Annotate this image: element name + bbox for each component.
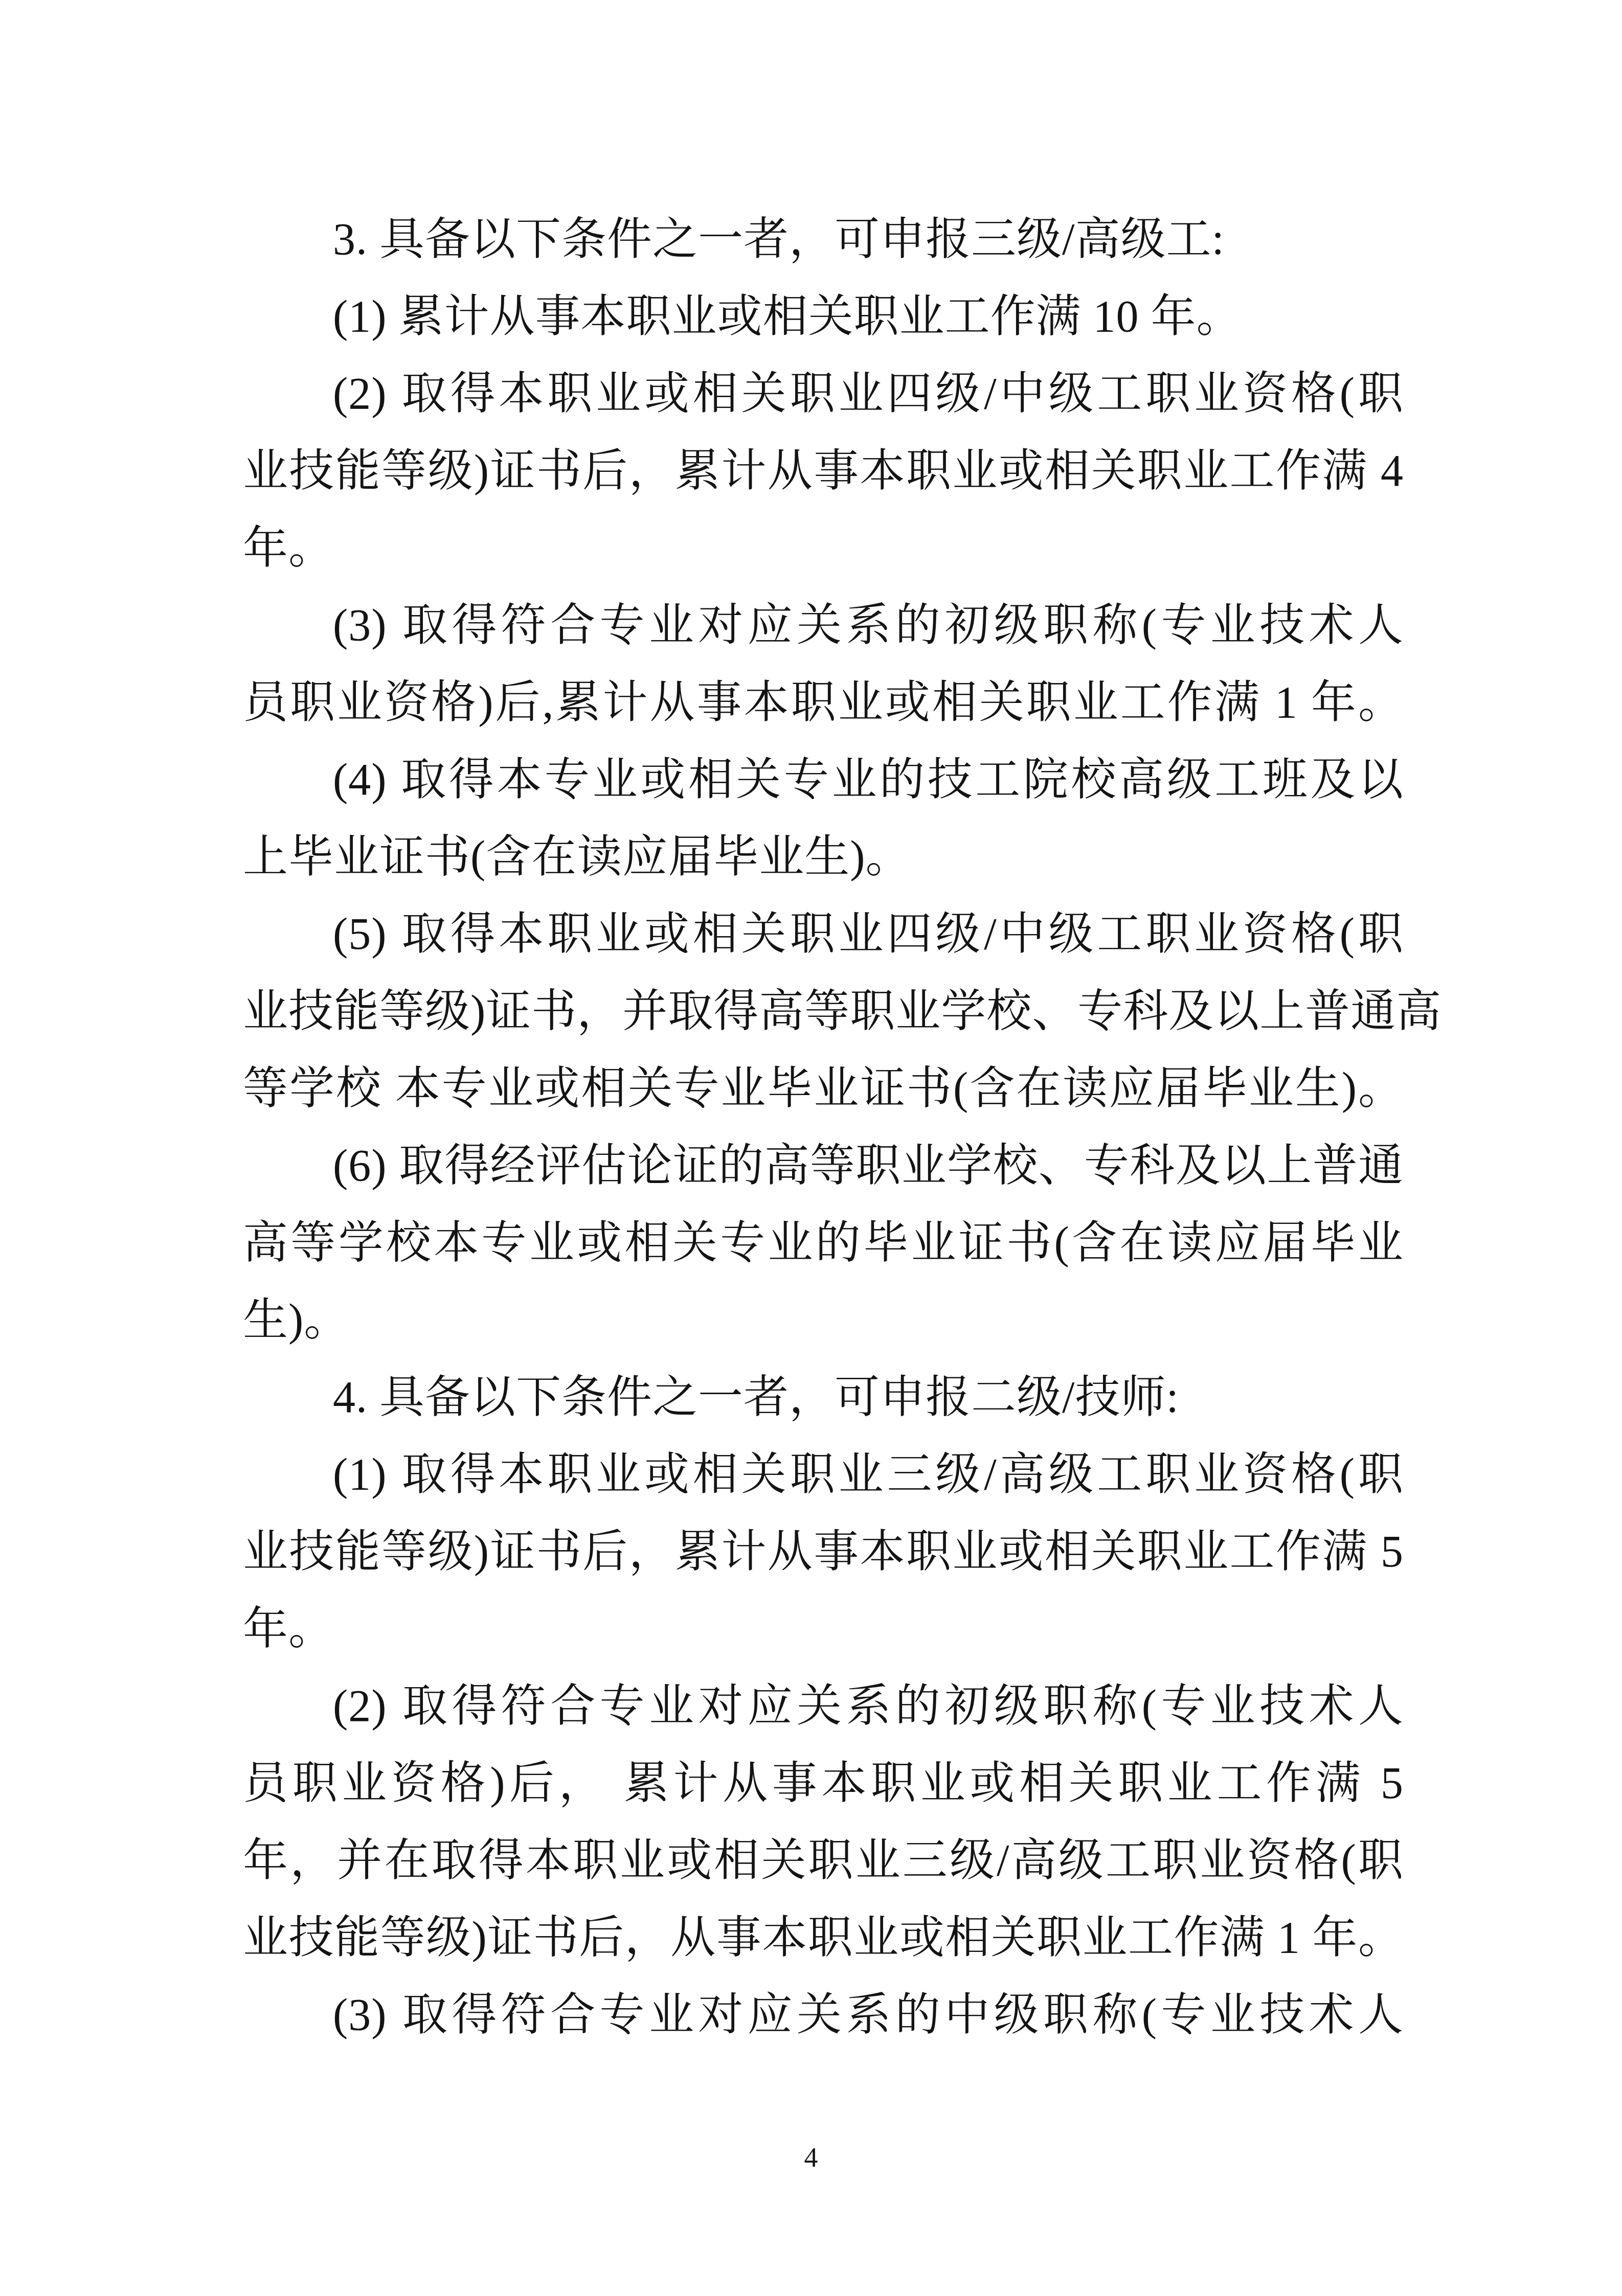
text-line: (2) 取得符合专业对应关系的初级职称(专业技术人 [243, 1668, 1404, 1745]
text-line: 员职业资格)后,累计从事本职业或相关职业工作满 1 年。 [243, 664, 1404, 741]
text-line: 年，并在取得本职业或相关职业三级/高级工职业资格(职 [243, 1822, 1404, 1899]
page-body: 3. 具备以下条件之一者，可申报三级/高级工: (1) 累计从事本职业或相关职业… [243, 201, 1404, 2054]
text-line: (1) 取得本职业或相关职业三级/高级工职业资格(职 [243, 1436, 1404, 1513]
text-line: 4. 具备以下条件之一者，可申报二级/技师: [243, 1359, 1404, 1436]
text-line: 员职业资格)后， 累计从事本职业或相关职业工作满 5 [243, 1745, 1404, 1822]
text-line: 业技能等级)证书后，从事本职业或相关职业工作满 1 年。 [243, 1899, 1404, 1976]
text-line: 生)。 [243, 1282, 1404, 1359]
document-page: 3. 具备以下条件之一者，可申报三级/高级工: (1) 累计从事本职业或相关职业… [0, 0, 1622, 2296]
text-line: (5) 取得本职业或相关职业四级/中级工职业资格(职 [243, 896, 1404, 973]
text-line: (3) 取得符合专业对应关系的初级职称(专业技术人 [243, 587, 1404, 664]
text-line: 3. 具备以下条件之一者，可申报三级/高级工: [243, 201, 1404, 278]
text-line: 年。 [243, 510, 1404, 587]
text-line: 业技能等级)证书，并取得高等职业学校、专科及以上普通高 [243, 973, 1404, 1050]
page-number: 4 [0, 2140, 1622, 2175]
text-line: (6) 取得经评估论证的高等职业学校、专科及以上普通 [243, 1127, 1404, 1204]
text-line: 业技能等级)证书后，累计从事本职业或相关职业工作满 4 [243, 433, 1404, 510]
text-line: 高等学校本专业或相关专业的毕业证书(含在读应届毕业 [243, 1204, 1404, 1282]
text-line: (1) 累计从事本职业或相关职业工作满 10 年。 [243, 278, 1404, 355]
text-line: 年。 [243, 1590, 1404, 1668]
text-line: 等学校 本专业或相关专业毕业证书(含在读应届毕业生)。 [243, 1050, 1404, 1127]
text-line: 业技能等级)证书后，累计从事本职业或相关职业工作满 5 [243, 1513, 1404, 1590]
text-line: (3) 取得符合专业对应关系的中级职称(专业技术人 [243, 1976, 1404, 2054]
text-line: 上毕业证书(含在读应届毕业生)。 [243, 819, 1404, 896]
text-line: (2) 取得本职业或相关职业四级/中级工职业资格(职 [243, 355, 1404, 433]
text-line: (4) 取得本专业或相关专业的技工院校高级工班及以 [243, 741, 1404, 819]
